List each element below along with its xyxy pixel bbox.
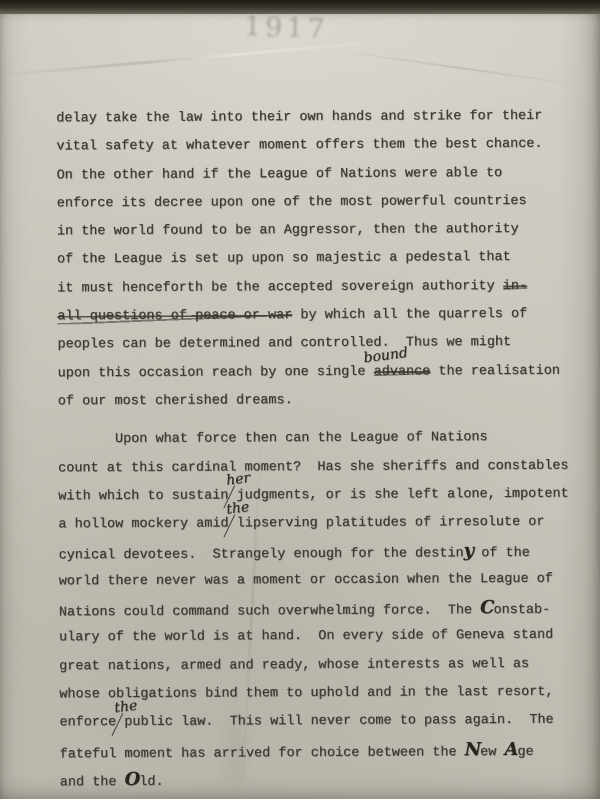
handwritten-word: her xyxy=(225,464,252,495)
paper-crease xyxy=(331,49,589,87)
typed-text-segment: ld. xyxy=(139,775,163,790)
typed-line: Nations could command such overwhelming … xyxy=(59,594,575,625)
handwritten-overwrite-letter: N xyxy=(465,739,481,760)
typed-text-segment: delay take the law into their own hands … xyxy=(56,109,542,127)
typed-text-segment: judgments, or is she left alone, impoten… xyxy=(236,487,568,504)
typed-text: delay take the law into their own hands … xyxy=(56,103,576,795)
typed-page-paper: 1917 delay take the law into their own h… xyxy=(0,7,600,799)
typed-text-segment: cynical devotees. Strangely enough for t… xyxy=(59,547,464,564)
typed-line: peoples can be determined and controlled… xyxy=(57,329,573,360)
typed-text-segment: Upon what force then can the League of N… xyxy=(115,430,488,447)
typed-line: fateful moment has arrived for choice be… xyxy=(60,735,576,766)
typed-text-segment: public law. This will never come to pass… xyxy=(124,713,553,730)
photo-top-edge xyxy=(0,0,600,14)
typed-line: world there never was a moment or occasi… xyxy=(59,565,575,596)
typed-text-segment: On the other hand if the League of Natio… xyxy=(57,166,503,183)
typed-line: of the League is set up upon so majestic… xyxy=(57,244,573,275)
typed-line: and the Old. xyxy=(60,763,576,794)
typed-text-segment: lipserving platitudes of irresolute or xyxy=(237,515,545,532)
typed-text-segment: with which to sustain xyxy=(58,488,236,504)
struck-out-text: all questions of peace or war xyxy=(57,308,292,324)
struck-out-text: in- xyxy=(503,279,527,294)
typed-text-segment: peoples can be determined and controlled… xyxy=(57,335,511,352)
typed-text-segment: fateful moment has arrived for choice be… xyxy=(60,745,465,762)
paper-crease xyxy=(0,39,399,79)
typed-text-segment: ge xyxy=(517,744,533,759)
typed-line: enforce its decree upon one of the most … xyxy=(57,188,573,219)
typed-line: upon this occasion reach by one single b… xyxy=(58,357,574,388)
typed-line: Upon what force then can the League of N… xyxy=(58,424,574,455)
typed-line: cynical devotees. Strangely enough for t… xyxy=(58,537,574,568)
handwritten-overwrite-letter: A xyxy=(504,738,517,759)
typed-text-segment: ew xyxy=(480,745,504,760)
typed-text-segment: Nations could command such overwhelming … xyxy=(59,603,480,620)
typed-line: vital safety at whatever moment offers t… xyxy=(56,131,572,162)
typed-line: On the other hand if the League of Natio… xyxy=(56,159,572,190)
typed-line: a hollow mockery amid thelipserving plat… xyxy=(58,509,574,540)
typed-text-segment: of our most cherished dreams. xyxy=(58,393,293,409)
typed-text-segment: the realisation xyxy=(430,363,560,379)
typed-text-segment: it must henceforth be the accepted sover… xyxy=(57,279,503,296)
handwritten-overwrite-letter: C xyxy=(480,597,493,618)
photographed-page: 1917 delay take the law into their own h… xyxy=(0,0,600,799)
typed-text-segment: and the xyxy=(60,775,125,790)
typed-text-segment: upon this occasion reach by one single xyxy=(58,364,374,381)
typed-line: ulary of the world is at hand. On every … xyxy=(59,622,575,653)
typed-text-segment: of the xyxy=(473,546,530,561)
typed-line: with which to sustain herjudgments, or i… xyxy=(58,481,574,512)
handwritten-overwrite-letter: y xyxy=(464,541,474,562)
typed-line: in the world found to be an Aggressor, t… xyxy=(57,216,573,247)
typed-text-segment: enforce its decree upon one of the most … xyxy=(57,194,527,211)
typed-line: count at this cardinal moment? Has she s… xyxy=(58,452,574,483)
typed-text-segment: vital safety at whatever moment offers t… xyxy=(56,137,542,155)
typed-line: of our most cherished dreams. xyxy=(58,386,574,417)
typed-text-segment: in the world found to be an Aggressor, t… xyxy=(57,222,519,239)
typed-text-segment: onstab- xyxy=(493,603,550,618)
typed-text-segment: by which all the quarrels of xyxy=(292,307,527,323)
handwritten-word: the xyxy=(112,691,138,722)
paragraph: delay take the law into their own hands … xyxy=(56,103,574,417)
struck-out-text: advance xyxy=(374,364,431,379)
typed-line: enforce thepublic law. This will never c… xyxy=(59,707,575,738)
typed-text-segment: count at this cardinal moment? Has she s… xyxy=(58,458,568,476)
typed-line: it must henceforth be the accepted sover… xyxy=(57,272,573,303)
typed-text-segment: a hollow mockery amid xyxy=(58,517,236,533)
paragraph: Upon what force then can the League of N… xyxy=(58,424,576,795)
typed-line: delay take the law into their own hands … xyxy=(56,103,572,134)
typed-text-segment: world there never was a moment or occasi… xyxy=(59,572,553,590)
typed-line: great nations, armed and ready, whose in… xyxy=(59,650,575,681)
typed-text-segment: great nations, armed and ready, whose in… xyxy=(59,657,529,674)
typed-text-segment: of the League is set up upon so majestic… xyxy=(57,250,511,267)
handwritten-word: the xyxy=(225,493,251,524)
typed-line: all questions of peace or war by which a… xyxy=(57,301,573,332)
faint-pencil-mark: 1917 xyxy=(243,12,329,46)
typed-text-segment: ulary of the world is at hand. On every … xyxy=(59,628,553,646)
handwritten-overwrite-letter: O xyxy=(124,769,139,790)
